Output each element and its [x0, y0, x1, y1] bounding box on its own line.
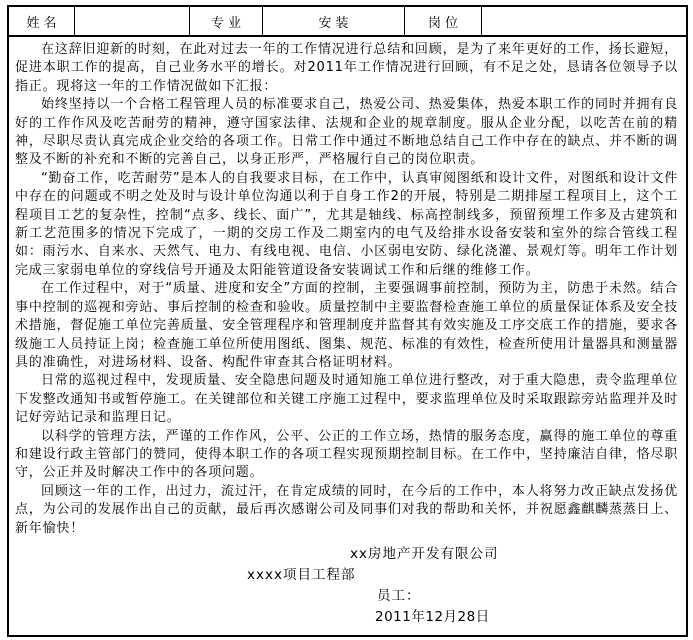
report-paragraph: 回顾这一年的工作，出过力，流过汗，在肯定成绩的同时，在今后的工作中，本人将努力改…: [15, 483, 678, 538]
signature-department: xxxx项目工程部: [247, 565, 678, 586]
signature-employee-label: 员工：: [377, 586, 678, 607]
report-paragraph: 在工作过程中，对于“质量、进度和安全”方面的控制，主要强调事前控制，预防为主，防…: [15, 280, 678, 372]
form-header-row: 姓名 专业 安装 岗位: [9, 7, 686, 37]
report-paragraph: 日常的巡视过程中，发现质量、安全隐患问题及时通知施工单位进行整改，对于重大隐患，…: [15, 372, 678, 427]
signature-company: xx房地产开发有限公司: [350, 544, 678, 565]
name-field-label: 姓名: [9, 7, 75, 35]
post-field-label: 岗位: [405, 7, 482, 35]
signature-block: xx房地产开发有限公司 xxxx项目工程部 员工： 2011年12月28日: [15, 544, 678, 628]
report-paragraph: 在这辞旧迎新的时刻，在此对过去一年的工作情况进行总结和回顾，是为了来年更好的工作…: [15, 41, 678, 96]
report-paragraph: 始终坚持以一个合格工程管理人员的标准要求自己，热爱公司、热爱集体，热爱本职工作的…: [15, 96, 678, 170]
major-field-label: 专业: [190, 7, 263, 35]
post-field-value: [482, 7, 686, 35]
name-field-value: [75, 7, 190, 35]
work-summary-form: 姓名 专业 安装 岗位 在这辞旧迎新的时刻，在此对过去一年的工作情况进行总结和回…: [7, 5, 688, 637]
report-body: 在这辞旧迎新的时刻，在此对过去一年的工作情况进行总结和回顾，是为了来年更好的工作…: [9, 37, 686, 635]
major-field-value: 安装: [263, 7, 405, 35]
report-paragraph: 以科学的管理方法，严谨的工作作风，公平、公正的工作立场，热情的服务态度，赢得的施…: [15, 428, 678, 483]
document-page: 姓名 专业 安装 岗位 在这辞旧迎新的时刻，在此对过去一年的工作情况进行总结和回…: [0, 0, 693, 640]
report-paragraph: “勤奋工作，吃苦耐劳”是本人的自我要求目标，在工作中，认真审阅图纸和设计文件，对…: [15, 170, 678, 280]
signature-date: 2011年12月28日: [375, 607, 678, 628]
